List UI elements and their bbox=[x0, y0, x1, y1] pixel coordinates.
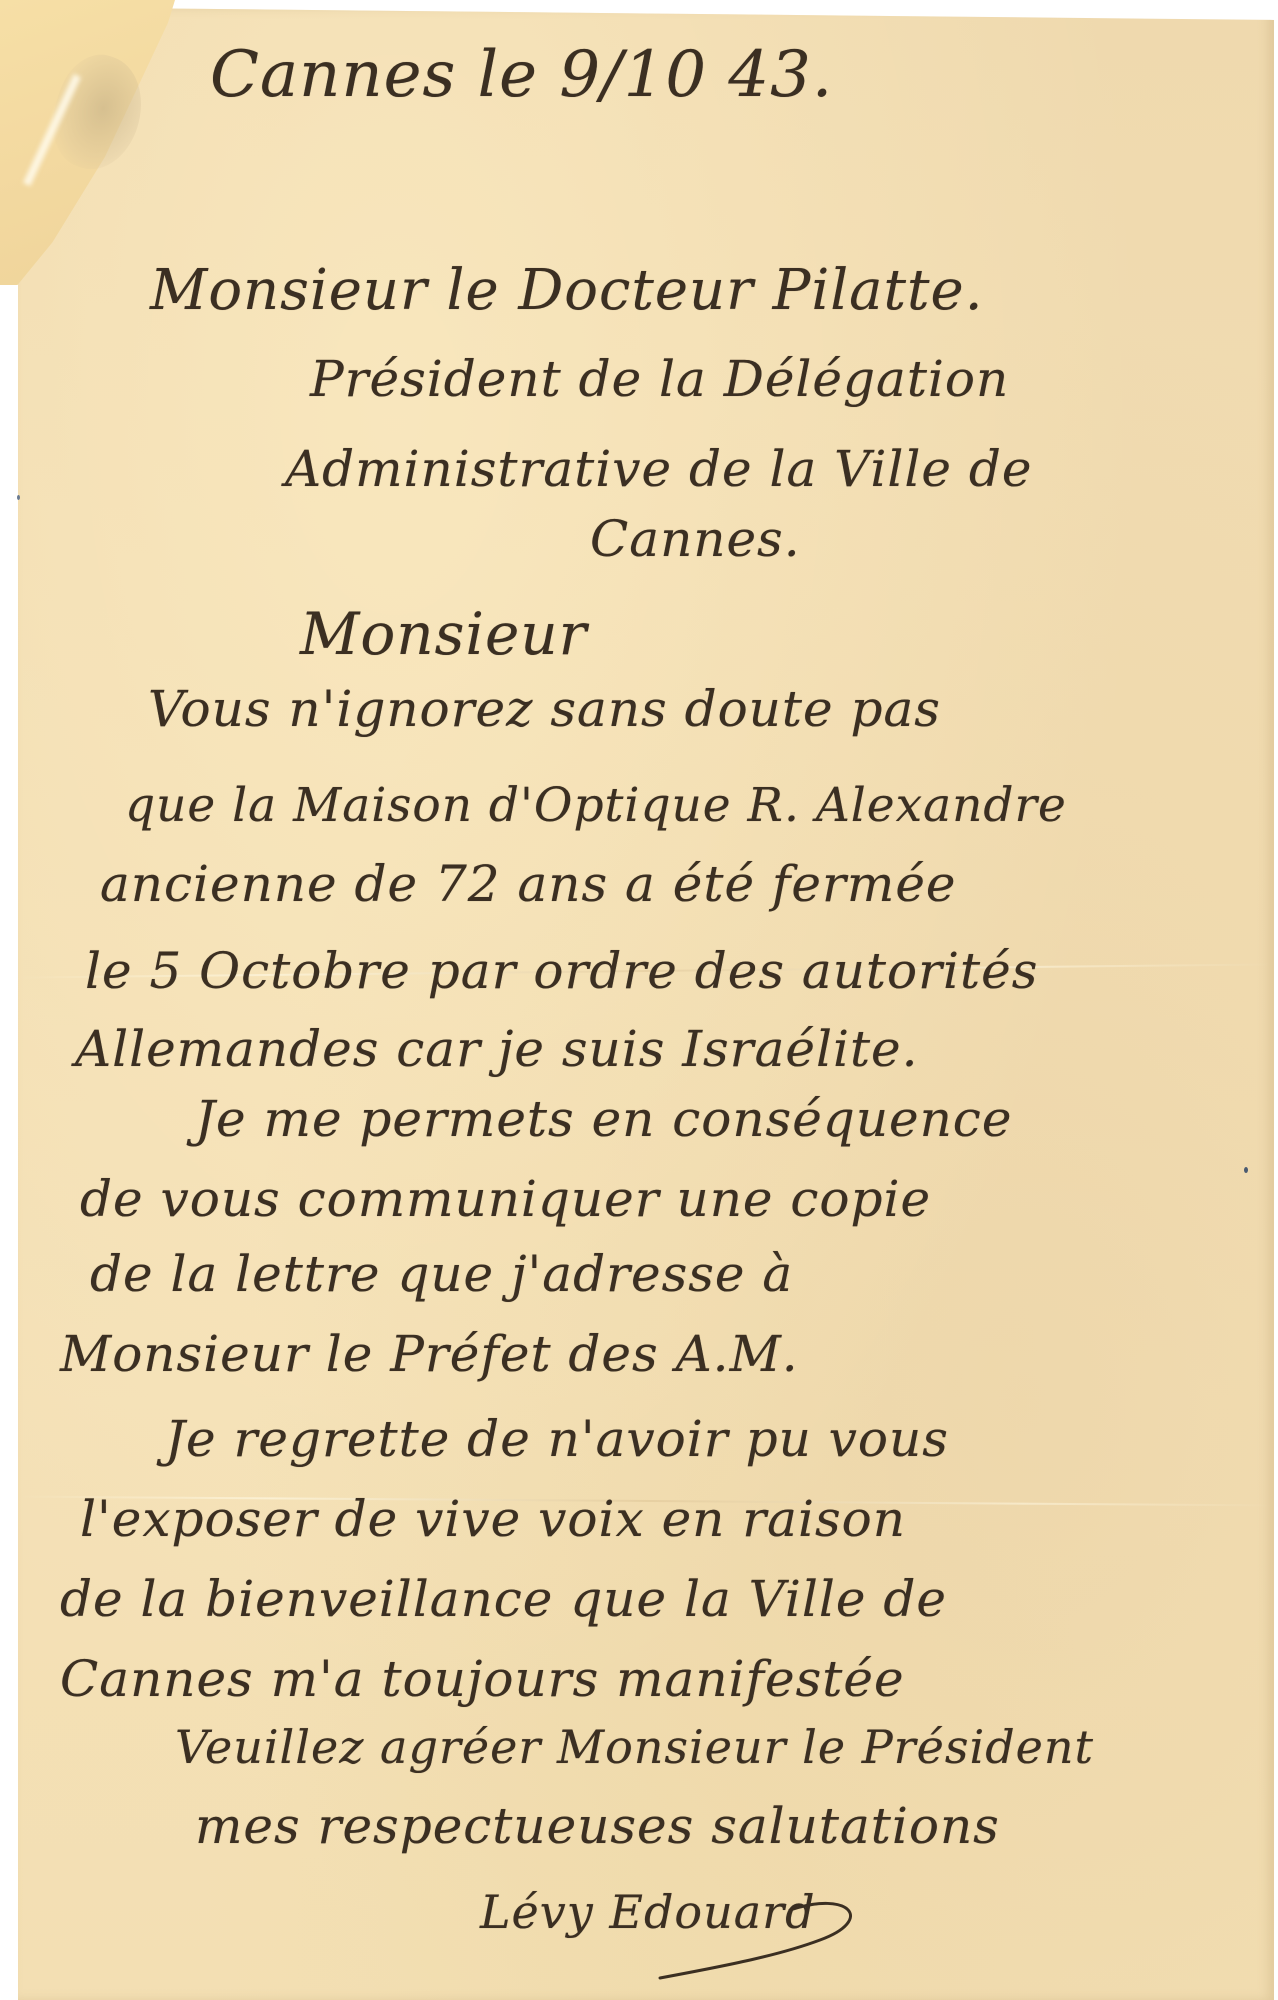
addressee-line-4: Cannes. bbox=[590, 510, 801, 568]
body-line: Veuillez agréer Monsieur le Président bbox=[175, 1720, 1094, 1774]
place-date: Cannes le 9/10 43. bbox=[210, 38, 833, 112]
body-line: l'exposer de vive voix en raison bbox=[80, 1490, 906, 1548]
scanned-letter-page: Cannes le 9/10 43. Monsieur le Docteur P… bbox=[0, 0, 1278, 2000]
salutation: Monsieur bbox=[300, 600, 587, 668]
body-line: de vous communiquer une copie bbox=[80, 1170, 931, 1228]
body-line: de la bienveillance que la Ville de bbox=[60, 1570, 947, 1628]
body-line: ancienne de 72 ans a été fermée bbox=[100, 855, 957, 913]
body-line: que la Maison d'Optique R. Alexandre bbox=[125, 778, 1067, 833]
addressee-line-1: Monsieur le Docteur Pilatte. bbox=[150, 258, 984, 323]
body-line: Vous n'ignorez sans doute pas bbox=[148, 680, 941, 738]
body-line: Monsieur le Préfet des A.M. bbox=[60, 1325, 799, 1383]
body-line: Cannes m'a toujours manifestée bbox=[60, 1650, 905, 1708]
ink-speck bbox=[17, 495, 20, 500]
addressee-line-2: Président de la Délégation bbox=[310, 350, 1009, 408]
body-line: mes respectueuses salutations bbox=[195, 1797, 1000, 1855]
body-line: Je me permets en conséquence bbox=[195, 1090, 1012, 1148]
signature: Lévy Edouard bbox=[480, 1885, 816, 1939]
ink-speck bbox=[1244, 1167, 1248, 1173]
body-line: de la lettre que j'adresse à bbox=[90, 1245, 793, 1303]
body-line: le 5 Octobre par ordre des autorités bbox=[85, 942, 1038, 1000]
addressee-line-3: Administrative de la Ville de bbox=[285, 440, 1032, 498]
body-line: Je regrette de n'avoir pu vous bbox=[165, 1410, 949, 1468]
body-line: Allemandes car je suis Israélite. bbox=[75, 1020, 919, 1078]
